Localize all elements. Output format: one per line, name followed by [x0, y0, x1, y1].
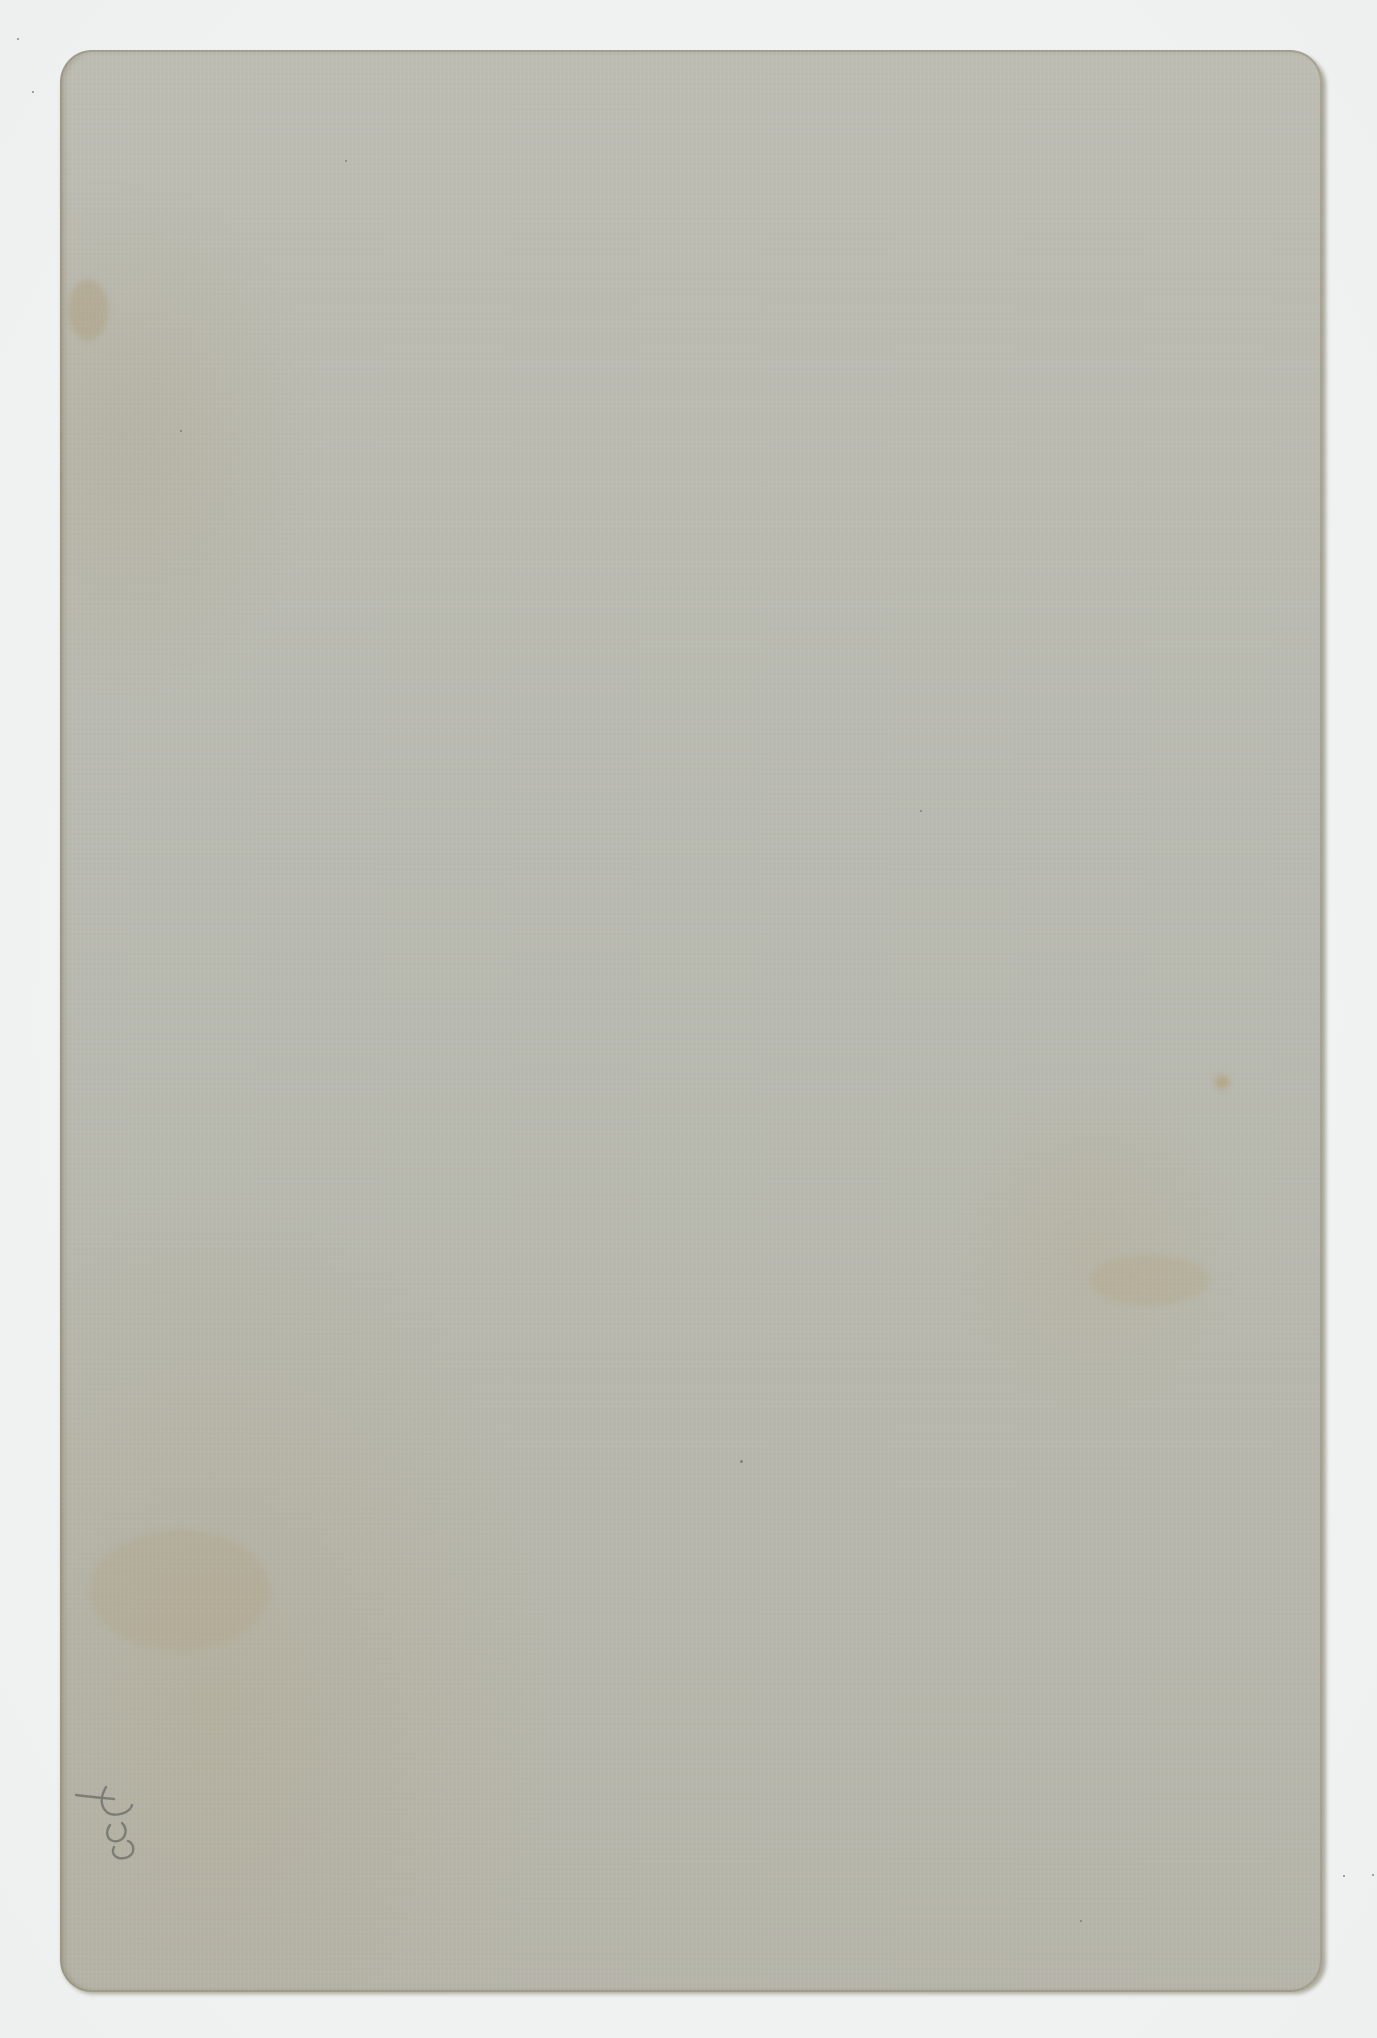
dust-speck — [32, 91, 34, 93]
paper-speck — [740, 1460, 743, 1463]
paper-texture — [60, 50, 1322, 1992]
paper-speck — [1080, 1920, 1082, 1922]
dust-speck — [17, 38, 19, 40]
paper-speck — [345, 160, 347, 162]
pencil-inscription: pu — [70, 1785, 160, 1865]
dust-speck — [1372, 1874, 1374, 1876]
foxing-stain — [1215, 1075, 1229, 1089]
foxing-stain — [90, 1530, 270, 1650]
dust-speck — [1343, 1875, 1345, 1877]
paper-speck — [180, 430, 182, 432]
paper-speck — [920, 810, 922, 812]
photo-card-back — [60, 50, 1322, 1992]
foxing-stain — [68, 280, 108, 340]
pencil-scrawl-icon — [70, 1785, 160, 1865]
foxing-stain — [1090, 1255, 1210, 1305]
